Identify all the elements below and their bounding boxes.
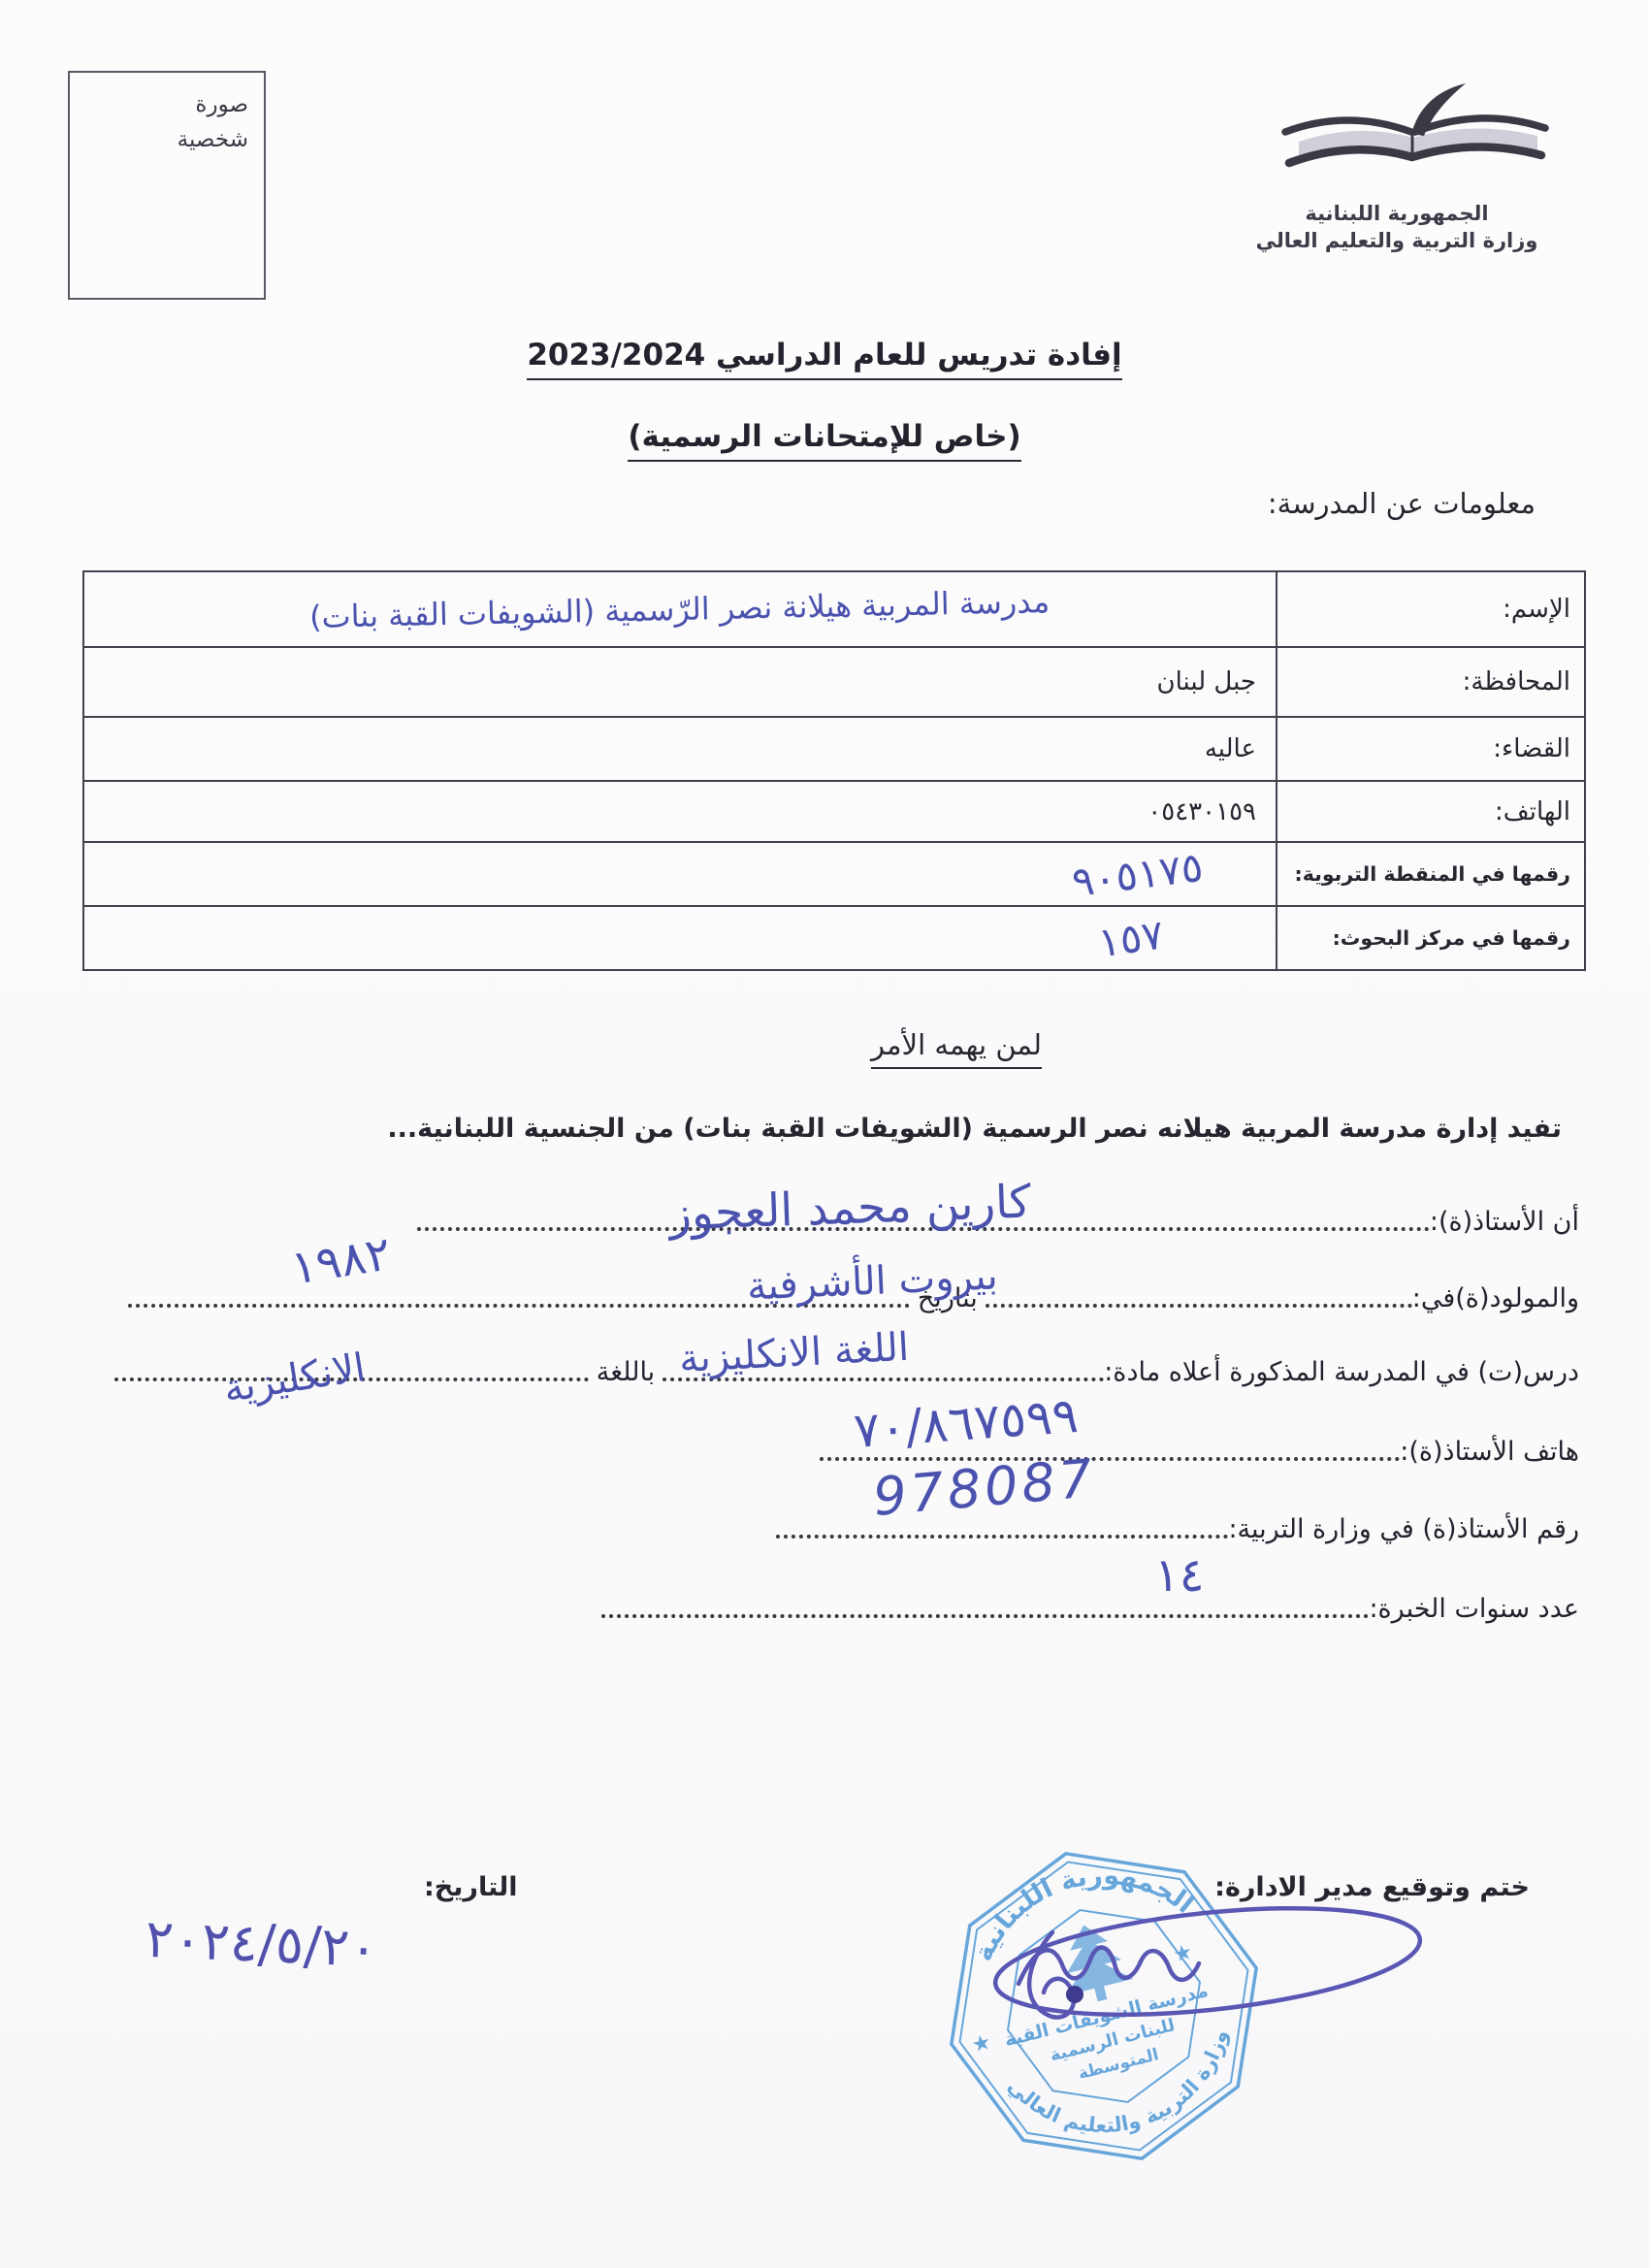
experience-label: عدد سنوات الخبرة: [1369,1593,1579,1626]
letter-heading: لمن يهمه الأمر [871,1028,1042,1069]
school-info-heading: معلومات عن المدرسة: [1268,487,1536,520]
teacher-name-label: أن الأستاذ(ة): [1430,1206,1579,1239]
photo-box-label-line2: شخصية [178,123,248,158]
date-label: التاريخ: [424,1872,518,1902]
handwritten-experience-years: ١٤ [1154,1548,1205,1603]
dotted-leader [776,1535,1228,1539]
row-label-research-center-number: رقمها في مركز البحوث: [1276,907,1584,969]
scanned-teaching-certificate: صورة شخصية الجمهورية اللبنانية وزارة الت… [0,0,1649,2268]
handwritten-date: ٢٠٢٤/٥/٢٠ [145,1908,379,1979]
district-value: عاليه [1205,734,1256,763]
row-value-phone: ٠٥٤٣٠١٥٩ [84,782,1276,841]
photo-box-label-line1: صورة [178,88,248,123]
row-label-phone: الهاتف: [1276,782,1584,841]
document-subtitle: (خاص للإمتحانات الرسمية) [0,419,1649,462]
letterhead-republic: الجمهورية اللبنانية [1232,202,1562,225]
table-row: المحافظة: جبل لبنان [84,646,1584,716]
table-row: القضاء: عاليه [84,716,1584,780]
letterhead-text: الجمهورية اللبنانية وزارة التربية والتعل… [1232,202,1562,252]
director-signature [951,1892,1436,2047]
document-title: إفادة تدريس للعام الدراسي 2023/2024 [0,338,1649,380]
table-row: رقمها في المنقطة التربوية: ٩٠٥١٧٥ [84,841,1584,905]
experience-line: عدد سنوات الخبرة: [601,1593,1579,1626]
governorate-value: جبل لبنان [1156,667,1256,697]
row-value-name: مدرسة المربية هيلانة نصر الرّسمية (الشوي… [84,572,1276,646]
row-label-educational-district-number: رقمها في المنقطة التربوية: [1276,843,1584,905]
letter-heading-text: لمن يهمه الأمر [871,1028,1042,1069]
table-row: الهاتف: ٠٥٤٣٠١٥٩ [84,780,1584,841]
row-value-governorate: جبل لبنان [84,648,1276,716]
table-row: رقمها في مركز البحوث: ١٥٧ [84,905,1584,969]
dotted-leader [601,1614,1369,1618]
photo-placeholder-box: صورة شخصية [68,71,266,300]
ministry-open-book-logo-icon [1266,78,1576,204]
subject-label: درس(ت) في المدرسة المذكورة أعلاه مادة: [1104,1356,1579,1389]
handwritten-research-number: ١٥٧ [1095,910,1167,966]
letterhead-ministry: وزارة التربية والتعليم العالي [1232,229,1562,252]
in-language-word: باللغة [589,1356,663,1389]
document-subtitle-text: (خاص للإمتحانات الرسمية) [628,419,1020,462]
row-value-district: عاليه [84,718,1276,780]
handwritten-district-number: ٩٠٥١٧٥ [1069,842,1205,905]
teacher-phone-label: هاتف الأستاذ(ة): [1400,1436,1579,1469]
school-info-table: الإسم: مدرسة المربية هيلانة نصر الرّسمية… [82,570,1586,971]
row-value-educational-district-number: ٩٠٥١٧٥ [84,843,1276,905]
photo-box-label: صورة شخصية [178,88,248,157]
row-value-research-center-number: ١٥٧ [84,907,1276,969]
row-label-governorate: المحافظة: [1276,648,1584,716]
row-label-district: القضاء: [1276,718,1584,780]
dotted-leader [986,1304,1412,1308]
row-label-name: الإسم: [1276,572,1584,646]
born-label: والمولود(ة)في: [1412,1282,1579,1315]
table-row: الإسم: مدرسة المربية هيلانة نصر الرّسمية… [84,572,1584,646]
dotted-leader [820,1457,1400,1461]
handwritten-school-name: مدرسة المربية هيلانة نصر الرّسمية (الشوي… [309,583,1051,635]
document-title-text: إفادة تدريس للعام الدراسي 2023/2024 [527,338,1121,380]
letter-intro-paragraph: تفيد إدارة مدرسة المربية هيلانه نصر الرس… [387,1114,1562,1144]
ministry-number-label: رقم الأستاذ(ة) في وزارة التربية: [1228,1513,1579,1546]
school-phone-value: ٠٥٤٣٠١٥٩ [1148,797,1256,826]
